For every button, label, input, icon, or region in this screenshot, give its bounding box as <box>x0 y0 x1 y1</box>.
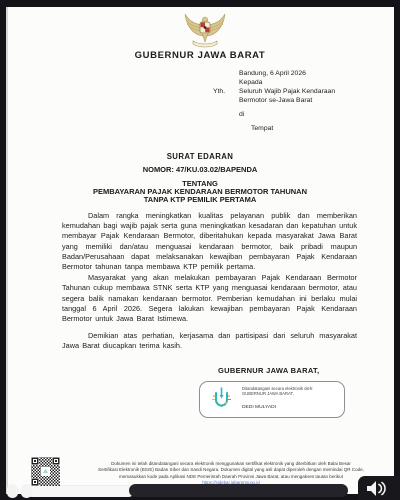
player-pause-bar-icon[interactable] <box>21 484 32 498</box>
body-paragraph-3: Demikian atas perhatian, kerjasama dan p… <box>62 331 357 351</box>
di-label: di <box>239 110 244 119</box>
frame-left <box>0 0 6 500</box>
qr-code <box>30 456 61 487</box>
recipient-line1: Seluruh Wajib Pajak Kendaraan <box>239 88 335 95</box>
letter-type-title: SURAT EDARAN <box>0 152 400 161</box>
garuda-emblem-icon <box>183 9 227 49</box>
footer-line2: Sertifikasi Elektronik (BSrE) Badan Sibe… <box>98 467 364 472</box>
electronic-signature-box: Ditandatangani secara elektronik oleh: G… <box>199 381 345 418</box>
subject-line2: TANPA KTP PEMILIK PERTAMA <box>0 195 400 204</box>
letterhead-title: GUBERNUR JAWA BARAT <box>0 50 400 61</box>
body-paragraph-2: Masyarakat yang akan melakukan pembayara… <box>62 273 357 324</box>
video-frame-of-official-letter: GUBERNUR JAWA BARAT Bandung, 6 April 202… <box>0 0 400 500</box>
frame-right <box>394 0 400 500</box>
footer-disclaimer: Dokumen ini telah ditandatangani secara … <box>70 461 392 480</box>
footer-line1: Dokumen ini telah ditandatangani secara … <box>111 461 351 466</box>
player-pause-bar-icon[interactable] <box>7 484 18 498</box>
player-progress-bar[interactable] <box>129 484 348 497</box>
yth-label: Yth. <box>213 87 239 105</box>
signatory-title: GUBERNUR JAWA BARAT, <box>218 366 319 375</box>
letter-body: Dalam rangka meningkatkan kualitas pelay… <box>62 211 357 352</box>
recipient-line2: Bermotor se-Jawa Barat <box>239 97 312 104</box>
footer-line3: memasukkan kode pada Aplikasi NDE Pemeri… <box>119 474 343 479</box>
body-paragraph-1: Dalam rangka meningkatkan kualitas pelay… <box>62 211 357 272</box>
letter-date: Bandung, 6 April 2026 <box>239 69 306 78</box>
kepada-label: Kepada <box>239 78 262 87</box>
frame-top <box>0 0 400 7</box>
signatory-name: DEDI MULYADI <box>242 405 340 410</box>
tempat-label: Tempat <box>239 124 273 133</box>
volume-icon[interactable] <box>366 480 392 497</box>
esign-logo-icon <box>208 386 235 413</box>
esign-statement-line2: GUBERNUR JAWA BARAT, <box>242 391 340 396</box>
letter-number: NOMOR: 47/KU.03.02/BAPENDA <box>0 165 400 174</box>
address-block: Bandung, 6 April 2026 Kepada Yth. Seluru… <box>213 69 335 133</box>
player-progress-track[interactable] <box>26 486 134 497</box>
